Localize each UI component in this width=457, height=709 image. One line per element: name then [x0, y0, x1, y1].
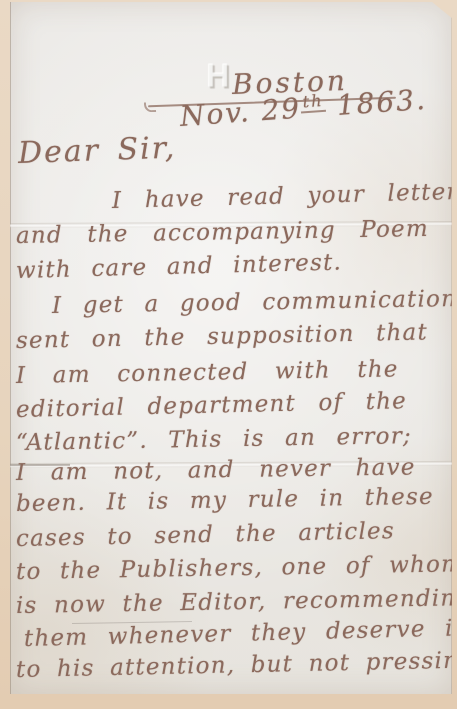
letter-line: I am connected with the [16, 356, 399, 389]
letter-paper: H Boston Nov. 29th 1863. Dear Sir, I hav… [10, 2, 452, 694]
embossed-monogram: H [207, 57, 230, 96]
letter-line: is now the Editor, recommending [16, 585, 457, 619]
letter-line: with care and interest. [16, 249, 343, 284]
letter-line: I get a good communications [52, 286, 457, 319]
letter-line: I have read your letter [112, 179, 457, 214]
letter-line: them whenever they deserve it [24, 615, 457, 652]
date-year: 1863. [336, 83, 428, 122]
salutation: Dear Sir, [17, 130, 176, 171]
letter-line: cases to send the articles [16, 518, 395, 552]
letter-line: editorial department of the [16, 388, 408, 423]
letter-line: to the Publishers, one of whom [16, 551, 457, 585]
date-superscript: th [300, 91, 326, 114]
letter-line: sent on the supposition that [16, 319, 428, 354]
letter-line: I am not, and never have [16, 454, 416, 486]
letter-line: and the accompanying Poem [16, 216, 429, 249]
letter-line: been. It is my rule in these [16, 484, 434, 517]
scan-background: { "letter": { "embossed_monogram": "H", … [0, 0, 457, 709]
letter-line: “Atlantic”. This is an error; [16, 423, 412, 456]
date-day: Nov. 29 [179, 92, 302, 133]
letter-line: to his attention, but not pressing [16, 647, 457, 683]
